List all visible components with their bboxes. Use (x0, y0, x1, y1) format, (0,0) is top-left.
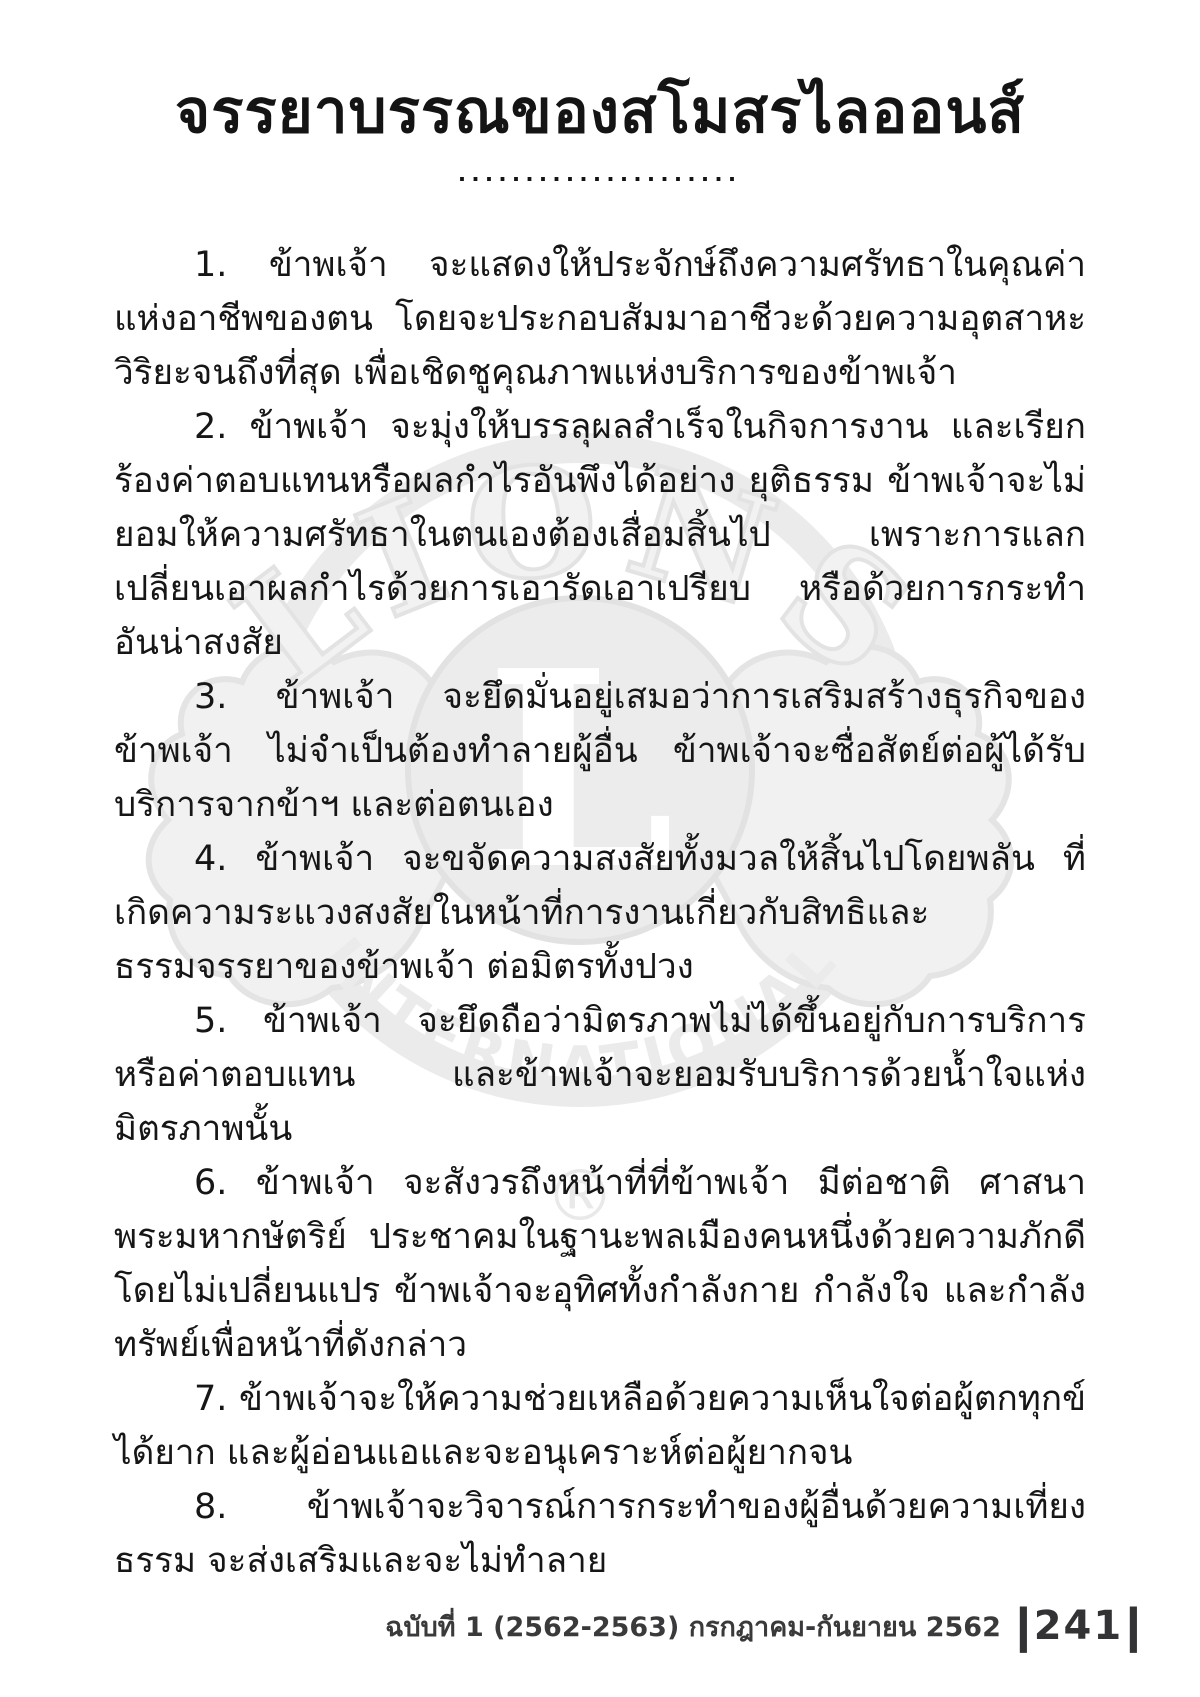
ethics-code-body: 1. ข้าพเจ้า จะแสดงให้ประจักษ์ถึงความศรัท… (114, 238, 1086, 1588)
ethics-item-7: 7. ข้าพเจ้าจะให้ความช่วยเหลือด้วยความเห็… (114, 1372, 1086, 1480)
ethics-item-6: 6. ข้าพเจ้า จะสังวรถึงหน้าที่ที่ข้าพเจ้า… (114, 1156, 1086, 1372)
ethics-item-1: 1. ข้าพเจ้า จะแสดงให้ประจักษ์ถึงความศรัท… (114, 238, 1086, 400)
page-number-value: 241 (1032, 1606, 1126, 1646)
ethics-item-3: 3. ข้าพเจ้า จะยึดมั่นอยู่เสมอว่าการเสริม… (114, 670, 1086, 832)
page-title: จรรยาบรรณของสโมสรไลออนส์ (0, 78, 1200, 147)
footer-issue-text: ฉบับที่ 1 (2562-2563) กรกฎาคม-กันยายน 25… (385, 1605, 1001, 1648)
page-number-left-bar: | (1012, 1603, 1036, 1649)
ethics-item-4: 4. ข้าพเจ้า จะขจัดความสงสัยทั้งมวลให้สิ้… (114, 832, 1086, 994)
ethics-item-5: 5. ข้าพเจ้า จะยึดถือว่ามิตรภาพไม่ได้ขึ้น… (114, 994, 1086, 1156)
ethics-item-8: 8. ข้าพเจ้าจะวิจารณ์การกระทำของผู้อื่นด้… (114, 1480, 1086, 1588)
document-page: LIONS L INTERNATIONAL ® จรรยาบรรณของสโมส… (0, 0, 1200, 1697)
ethics-item-2: 2. ข้าพเจ้า จะมุ่งให้บรรลุผลสำเร็จในกิจก… (114, 400, 1086, 670)
page-number-right-bar: | (1122, 1603, 1146, 1649)
page-footer: ฉบับที่ 1 (2562-2563) กรกฎาคม-กันยายน 25… (385, 1603, 1142, 1649)
page-content: จรรยาบรรณของสโมสรไลออนส์ ...............… (0, 78, 1200, 1588)
dotted-divider: ..................... (0, 157, 1200, 188)
footer-page-number: | 241 | (1015, 1603, 1142, 1649)
